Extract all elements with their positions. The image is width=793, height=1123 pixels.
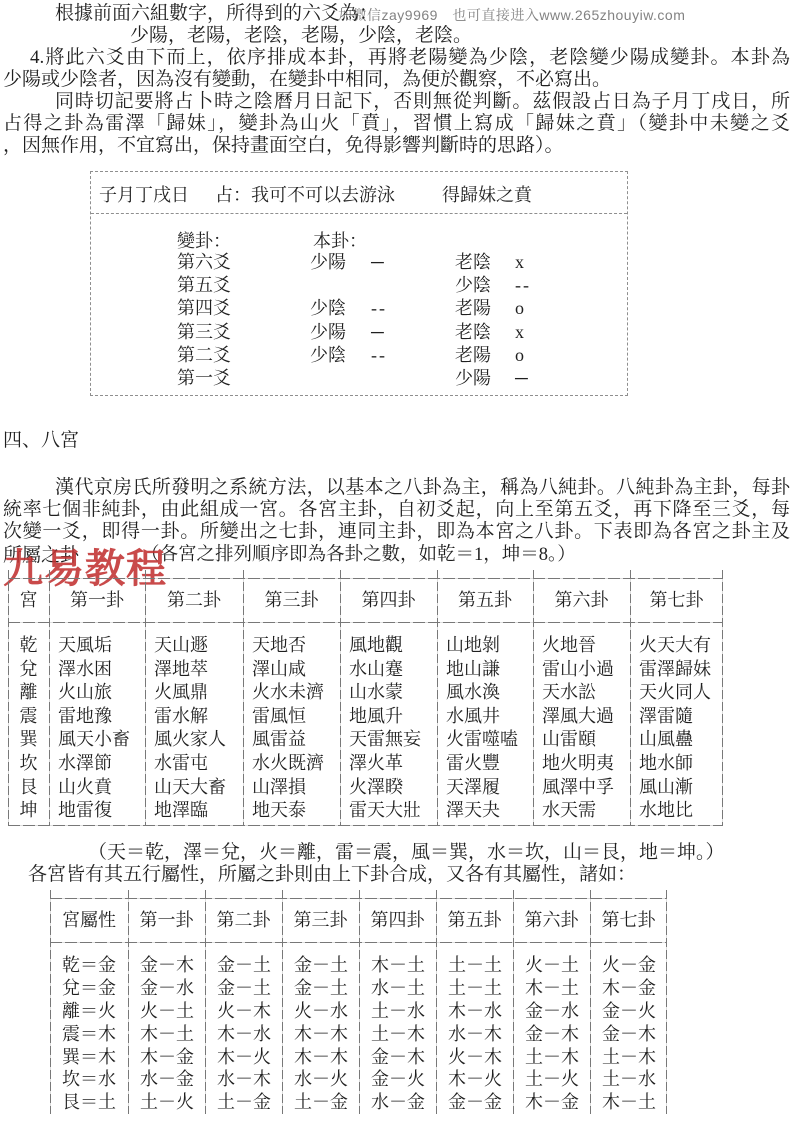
table-cell: 金－金 (436, 1091, 513, 1114)
table-cell: 澤風大過 (533, 705, 630, 729)
table-cell: 風澤中孚 (533, 776, 630, 800)
table-cell: 山地剝 (437, 634, 533, 658)
column-header: 宮屬性 (50, 898, 128, 942)
table-cell: 水山蹇 (340, 658, 437, 682)
document-page: 加微信zay9969 也可直接进入www.265zhouyiw.com 根據前面… (0, 0, 793, 1123)
column-header: 第四卦 (359, 898, 436, 942)
column-header-biangua: 變卦： (177, 227, 231, 253)
table-cell: 水雷屯 (145, 752, 243, 776)
table-cell: 震＝木 (50, 1023, 128, 1046)
divination-record-box: 子月丁戌日 占：我可不可以去游泳 得歸妹之賁 變卦： 本卦： 第六爻少陽─老陰x… (90, 171, 628, 396)
table-cell: -- (515, 274, 531, 297)
column-header: 第五卦 (436, 898, 513, 942)
table-cell: 風地觀 (340, 634, 437, 658)
table-cell: 木－金 (128, 1046, 205, 1069)
table-cell: 天火同人 (630, 681, 723, 705)
text-line: 各宮皆有其五行屬性，所屬之卦則由上下卦合成，又各有其屬性，諸如： (28, 864, 636, 885)
table-cell: 澤火革 (340, 752, 437, 776)
text-line: 同時切記要將占卜時之陰曆月日記下，否則無從判斷。茲假設占日為子月丁戌日，所 (55, 91, 790, 112)
table-cell: 地澤臨 (145, 799, 243, 823)
table-row: 巽＝木木－金木－火木－木金－木火－木土－木土－木 (50, 1046, 667, 1069)
table-cell: 巽＝木 (50, 1046, 128, 1069)
text-line: 漢代京房氏所發明之系統方法，以基本之八卦為主，稱為八純卦。八純卦為主卦，每卦 (55, 477, 790, 498)
table-row: 第三爻少陽─老陰x (91, 321, 627, 344)
table-cell: 少陰 (455, 274, 491, 297)
table-grid-line (8, 825, 723, 826)
table-cell: 山風蠱 (630, 728, 723, 752)
table-cell: 金－土 (282, 977, 359, 1000)
table-row: 坎＝水水－金水－木水－火金－火木－火土－火土－水 (50, 1068, 667, 1091)
table-cell: 艮＝土 (50, 1091, 128, 1114)
table-cell: 木－金 (513, 1091, 590, 1114)
table-row: 艮山火賁山天大畜山澤損火澤睽天澤履風澤中孚風山漸 (8, 776, 723, 800)
table-cell: 天水訟 (533, 681, 630, 705)
table-cell: 金－火 (590, 1000, 667, 1023)
table-cell: 艮 (8, 776, 49, 800)
table-cell: 澤雷隨 (630, 705, 723, 729)
column-header: 第六卦 (513, 898, 590, 942)
column-header: 第三卦 (243, 578, 340, 622)
table-cell: 火－土 (128, 1000, 205, 1023)
table-row: 坤地雷復地澤臨地天泰雷天大壯澤天夬水天需水地比 (8, 799, 723, 823)
table-cell: 第四爻 (177, 297, 231, 320)
text-line: （天＝乾，澤＝兌，火＝離，雷＝震，風＝巽，水＝坎，山＝艮，地＝坤。） (88, 842, 725, 863)
table-cell: 雷水解 (145, 705, 243, 729)
table-cell: 火－水 (282, 1000, 359, 1023)
table-cell: 兌 (8, 658, 49, 682)
table-row: 坎水澤節水雷屯水火既濟澤火革雷火豐地火明夷地水師 (8, 752, 723, 776)
text-line: ，因無作用，不宜寫出，保持畫面空白，免得影響判斷時的思路）。 (3, 135, 564, 156)
table-cell: 雷山小過 (533, 658, 630, 682)
table-row: 艮＝土土－火土－金土－金水－金金－金木－金木－土 (50, 1091, 667, 1114)
table-cell: 風火家人 (145, 728, 243, 752)
table-cell: 坎＝水 (50, 1068, 128, 1091)
table-cell: 土－火 (128, 1091, 205, 1114)
table-cell: -- (371, 297, 387, 320)
text-line: 少陽，老陽，老陰，老陽，少陰，老陰。 (130, 25, 472, 46)
table-cell: 火風鼎 (145, 681, 243, 705)
table-cell: 水－木 (205, 1068, 282, 1091)
divination-question: 占：我可不可以去游泳 (215, 181, 395, 207)
table-cell: 地水師 (630, 752, 723, 776)
table-cell: 老陰 (455, 251, 491, 274)
table-cell: 雷地豫 (49, 705, 145, 729)
table-cell: 金－木 (513, 1023, 590, 1046)
column-header: 第三卦 (282, 898, 359, 942)
table-cell: 澤地萃 (145, 658, 243, 682)
table-cell: 震 (8, 705, 49, 729)
table-cell: 第二爻 (177, 344, 231, 367)
text-line: 次變一爻，即得一卦。所變出之七卦，連同主卦，即為本宮之八卦。下表即為各宮之卦主及 (3, 521, 790, 542)
table-cell: 水－金 (128, 1068, 205, 1091)
column-header: 第七卦 (630, 578, 723, 622)
table-cell: 地風升 (340, 705, 437, 729)
table-row: 兌＝金金－水金－土金－土水－土土－土木－土木－金 (50, 977, 667, 1000)
table-row: 震＝木木－土木－水木－木土－木水－木金－木金－木 (50, 1023, 667, 1046)
table-cell: 火雷噬嗑 (437, 728, 533, 752)
table-cell: 巽 (8, 728, 49, 752)
table-row: 兌澤水困澤地萃澤山咸水山蹇地山謙雷山小過雷澤歸妹 (8, 658, 723, 682)
table-row: 乾＝金金－木金－土金－土木－土土－土火－土火－金 (50, 954, 667, 977)
table-header-row: 宮屬性 第一卦 第二卦 第三卦 第四卦 第五卦 第六卦 第七卦 (50, 898, 667, 942)
column-header-bengua: 本卦： (313, 227, 367, 253)
table-grid-line (8, 622, 723, 623)
table-row: 第六爻少陽─老陰x (91, 251, 627, 274)
text-line: 4.將此六爻由下而上，依序排成本卦，再將老陽變為少陰，老陰變少陽成變卦。本卦為 (30, 47, 790, 68)
table-row: 離＝火火－土火－木火－水土－水木－水金－水金－火 (50, 1000, 667, 1023)
table-cell: 木－木 (282, 1023, 359, 1046)
table-cell: 雷風恒 (243, 705, 340, 729)
table-cell: 金－木 (359, 1046, 436, 1069)
table-cell: 木－土 (128, 1023, 205, 1046)
table-cell: 火－金 (590, 954, 667, 977)
table-cell: 雷天大壯 (340, 799, 437, 823)
table-cell: 水－金 (359, 1091, 436, 1114)
table-cell: 木－木 (282, 1046, 359, 1069)
table-cell: 土－木 (590, 1046, 667, 1069)
table-row: 第四爻少陰--老陽o (91, 297, 627, 320)
table-cell: o (515, 297, 526, 320)
table-cell: 地火明夷 (533, 752, 630, 776)
table-cell: ─ (371, 321, 386, 344)
table-cell: 澤天夬 (437, 799, 533, 823)
table-cell: 山雷頤 (533, 728, 630, 752)
divider-line (91, 213, 627, 214)
text-line: 根據前面六組數字，所得到的六爻為： (55, 3, 378, 24)
table-cell: 木－火 (205, 1046, 282, 1069)
five-elements-table: 宮屬性 第一卦 第二卦 第三卦 第四卦 第五卦 第六卦 第七卦 乾＝金金－木金－… (50, 898, 667, 1114)
table-cell: x (515, 251, 526, 274)
table-cell: 地天泰 (243, 799, 340, 823)
table-cell: 土－土 (436, 954, 513, 977)
table-cell: 火澤睽 (340, 776, 437, 800)
table-cell: 第五爻 (177, 274, 231, 297)
table-cell: 木－水 (205, 1023, 282, 1046)
table-cell: 離 (8, 681, 49, 705)
table-cell: 山天大畜 (145, 776, 243, 800)
table-cell: 乾＝金 (50, 954, 128, 977)
table-cell: 木－土 (513, 977, 590, 1000)
table-row: 震雷地豫雷水解雷風恒地風升水風井澤風大過澤雷隨 (8, 705, 723, 729)
text-line: 統率七個非純卦，由此組成一宮。各宮主卦，自初爻起，向上至第五爻，再下降至三爻，每 (3, 499, 790, 520)
table-cell: 水－木 (436, 1023, 513, 1046)
table-cell: 土－火 (513, 1068, 590, 1091)
table-cell: 老陰 (455, 321, 491, 344)
column-header: 第七卦 (590, 898, 667, 942)
table-cell: 少陽 (455, 367, 491, 390)
section-heading: 四、八宮 (3, 430, 79, 451)
table-row: 乾天風垢天山遯天地否風地觀山地剝火地晉火天大有 (8, 634, 723, 658)
table-cell: 火山旅 (49, 681, 145, 705)
table-row: 第二爻少陰--老陽o (91, 344, 627, 367)
table-cell: 少陽 (310, 321, 346, 344)
table-cell: 木－金 (590, 977, 667, 1000)
table-cell: 木－土 (590, 1091, 667, 1114)
table-cell: 離＝火 (50, 1000, 128, 1023)
text-line: 占得之卦為雷澤「歸妹」，變卦為山火「賁」，習慣上寫成「歸妹之賁」（變卦中未變之爻 (3, 113, 790, 134)
table-cell: 火水未濟 (243, 681, 340, 705)
table-cell: 雷火豐 (437, 752, 533, 776)
table-cell: 第六爻 (177, 251, 231, 274)
table-cell: 山火賁 (49, 776, 145, 800)
table-cell: 木－火 (436, 1068, 513, 1091)
table-cell: 少陰 (310, 344, 346, 367)
table-row: 第一爻少陽─ (91, 367, 627, 390)
table-cell: ─ (515, 367, 530, 390)
table-cell: 坎 (8, 752, 49, 776)
table-cell: 金－土 (205, 954, 282, 977)
table-cell: 金－木 (590, 1023, 667, 1046)
table-cell: 天山遯 (145, 634, 243, 658)
divination-result: 得歸妹之賁 (442, 181, 532, 207)
table-cell: 第三爻 (177, 321, 231, 344)
table-cell: 坤 (8, 799, 49, 823)
table-cell: 地雷復 (49, 799, 145, 823)
table-cell: 水－火 (282, 1068, 359, 1091)
table-body: 乾＝金金－木金－土金－土木－土土－土火－土火－金兌＝金金－水金－土金－土水－土土… (50, 954, 667, 1114)
table-cell: 土－金 (282, 1091, 359, 1114)
table-cell: 土－木 (513, 1046, 590, 1069)
table-cell: 水澤節 (49, 752, 145, 776)
table-row: 第五爻少陰-- (91, 274, 627, 297)
table-cell: 天地否 (243, 634, 340, 658)
table-cell: o (515, 344, 526, 367)
table-cell: 天澤履 (437, 776, 533, 800)
table-cell: 山澤損 (243, 776, 340, 800)
table-cell: -- (371, 344, 387, 367)
yao-rows: 第六爻少陽─老陰x第五爻少陰--第四爻少陰--老陽o第三爻少陽─老陰x第二爻少陰… (91, 251, 627, 390)
column-header: 第六卦 (533, 578, 630, 622)
table-cell: 金－木 (128, 954, 205, 977)
table-cell: ─ (371, 251, 386, 274)
table-cell: 金－土 (282, 954, 359, 977)
column-header: 第一卦 (128, 898, 205, 942)
text-line: 少陽或少陰者，因為沒有變動，在變卦中相同，為便於觀察，不必寫出。 (3, 69, 611, 90)
column-header: 第二卦 (205, 898, 282, 942)
table-cell: 第一爻 (177, 367, 231, 390)
table-cell: 兌＝金 (50, 977, 128, 1000)
table-cell: 少陽 (310, 251, 346, 274)
table-cell: 風雷益 (243, 728, 340, 752)
table-cell: 火－土 (513, 954, 590, 977)
table-header-row: 宮 第一卦 第二卦 第三卦 第四卦 第五卦 第六卦 第七卦 (8, 578, 723, 622)
table-cell: 土－水 (590, 1068, 667, 1091)
table-cell: x (515, 321, 526, 344)
table-cell: 水－土 (359, 977, 436, 1000)
table-cell: 土－水 (359, 1000, 436, 1023)
table-cell: 火天大有 (630, 634, 723, 658)
column-header: 第五卦 (437, 578, 533, 622)
table-cell: 火地晉 (533, 634, 630, 658)
table-row: 離火山旅火風鼎火水未濟山水蒙風水渙天水訟天火同人 (8, 681, 723, 705)
gray-watermark-text: 加微信zay9969 也可直接进入www.265zhouyiw.com (338, 5, 685, 25)
table-cell: 土－土 (436, 977, 513, 1000)
table-cell: 澤水困 (49, 658, 145, 682)
table-cell: 火－木 (205, 1000, 282, 1023)
table-cell: 金－水 (128, 977, 205, 1000)
table-cell: 山水蒙 (340, 681, 437, 705)
table-cell: 金－水 (513, 1000, 590, 1023)
table-cell: 水火既濟 (243, 752, 340, 776)
column-header: 第一卦 (49, 578, 145, 622)
table-cell: 風山漸 (630, 776, 723, 800)
table-cell: 乾 (8, 634, 49, 658)
table-cell: 風水渙 (437, 681, 533, 705)
table-cell: 少陰 (310, 297, 346, 320)
table-cell: 土－木 (359, 1023, 436, 1046)
table-body: 乾天風垢天山遯天地否風地觀山地剝火地晉火天大有兌澤水困澤地萃澤山咸水山蹇地山謙雷… (8, 634, 723, 823)
table-row: 巽風天小畜風火家人風雷益天雷無妄火雷噬嗑山雷頤山風蠱 (8, 728, 723, 752)
column-header: 宮 (8, 578, 49, 622)
table-cell: 木－土 (359, 954, 436, 977)
table-cell: 澤山咸 (243, 658, 340, 682)
table-cell: 火－木 (436, 1046, 513, 1069)
table-cell: 老陽 (455, 297, 491, 320)
table-cell: 天雷無妄 (340, 728, 437, 752)
table-cell: 老陽 (455, 344, 491, 367)
table-cell: 水天需 (533, 799, 630, 823)
table-cell: 金－土 (205, 977, 282, 1000)
divination-date: 子月丁戌日 (99, 181, 189, 207)
table-cell: 金－火 (359, 1068, 436, 1091)
table-cell: 地山謙 (437, 658, 533, 682)
column-header: 第四卦 (340, 578, 437, 622)
eight-palaces-table: 宮 第一卦 第二卦 第三卦 第四卦 第五卦 第六卦 第七卦 乾天風垢天山遯天地否… (8, 578, 723, 826)
table-cell: 土－金 (205, 1091, 282, 1114)
table-cell: 雷澤歸妹 (630, 658, 723, 682)
table-cell: 水風井 (437, 705, 533, 729)
table-cell: 水地比 (630, 799, 723, 823)
table-cell: 風天小畜 (49, 728, 145, 752)
text-line: （各宮之排列順序即為各卦之數，如乾＝1，坤＝8。） (141, 545, 576, 566)
table-cell: 木－水 (436, 1000, 513, 1023)
table-cell: 天風垢 (49, 634, 145, 658)
column-header: 第二卦 (145, 578, 243, 622)
